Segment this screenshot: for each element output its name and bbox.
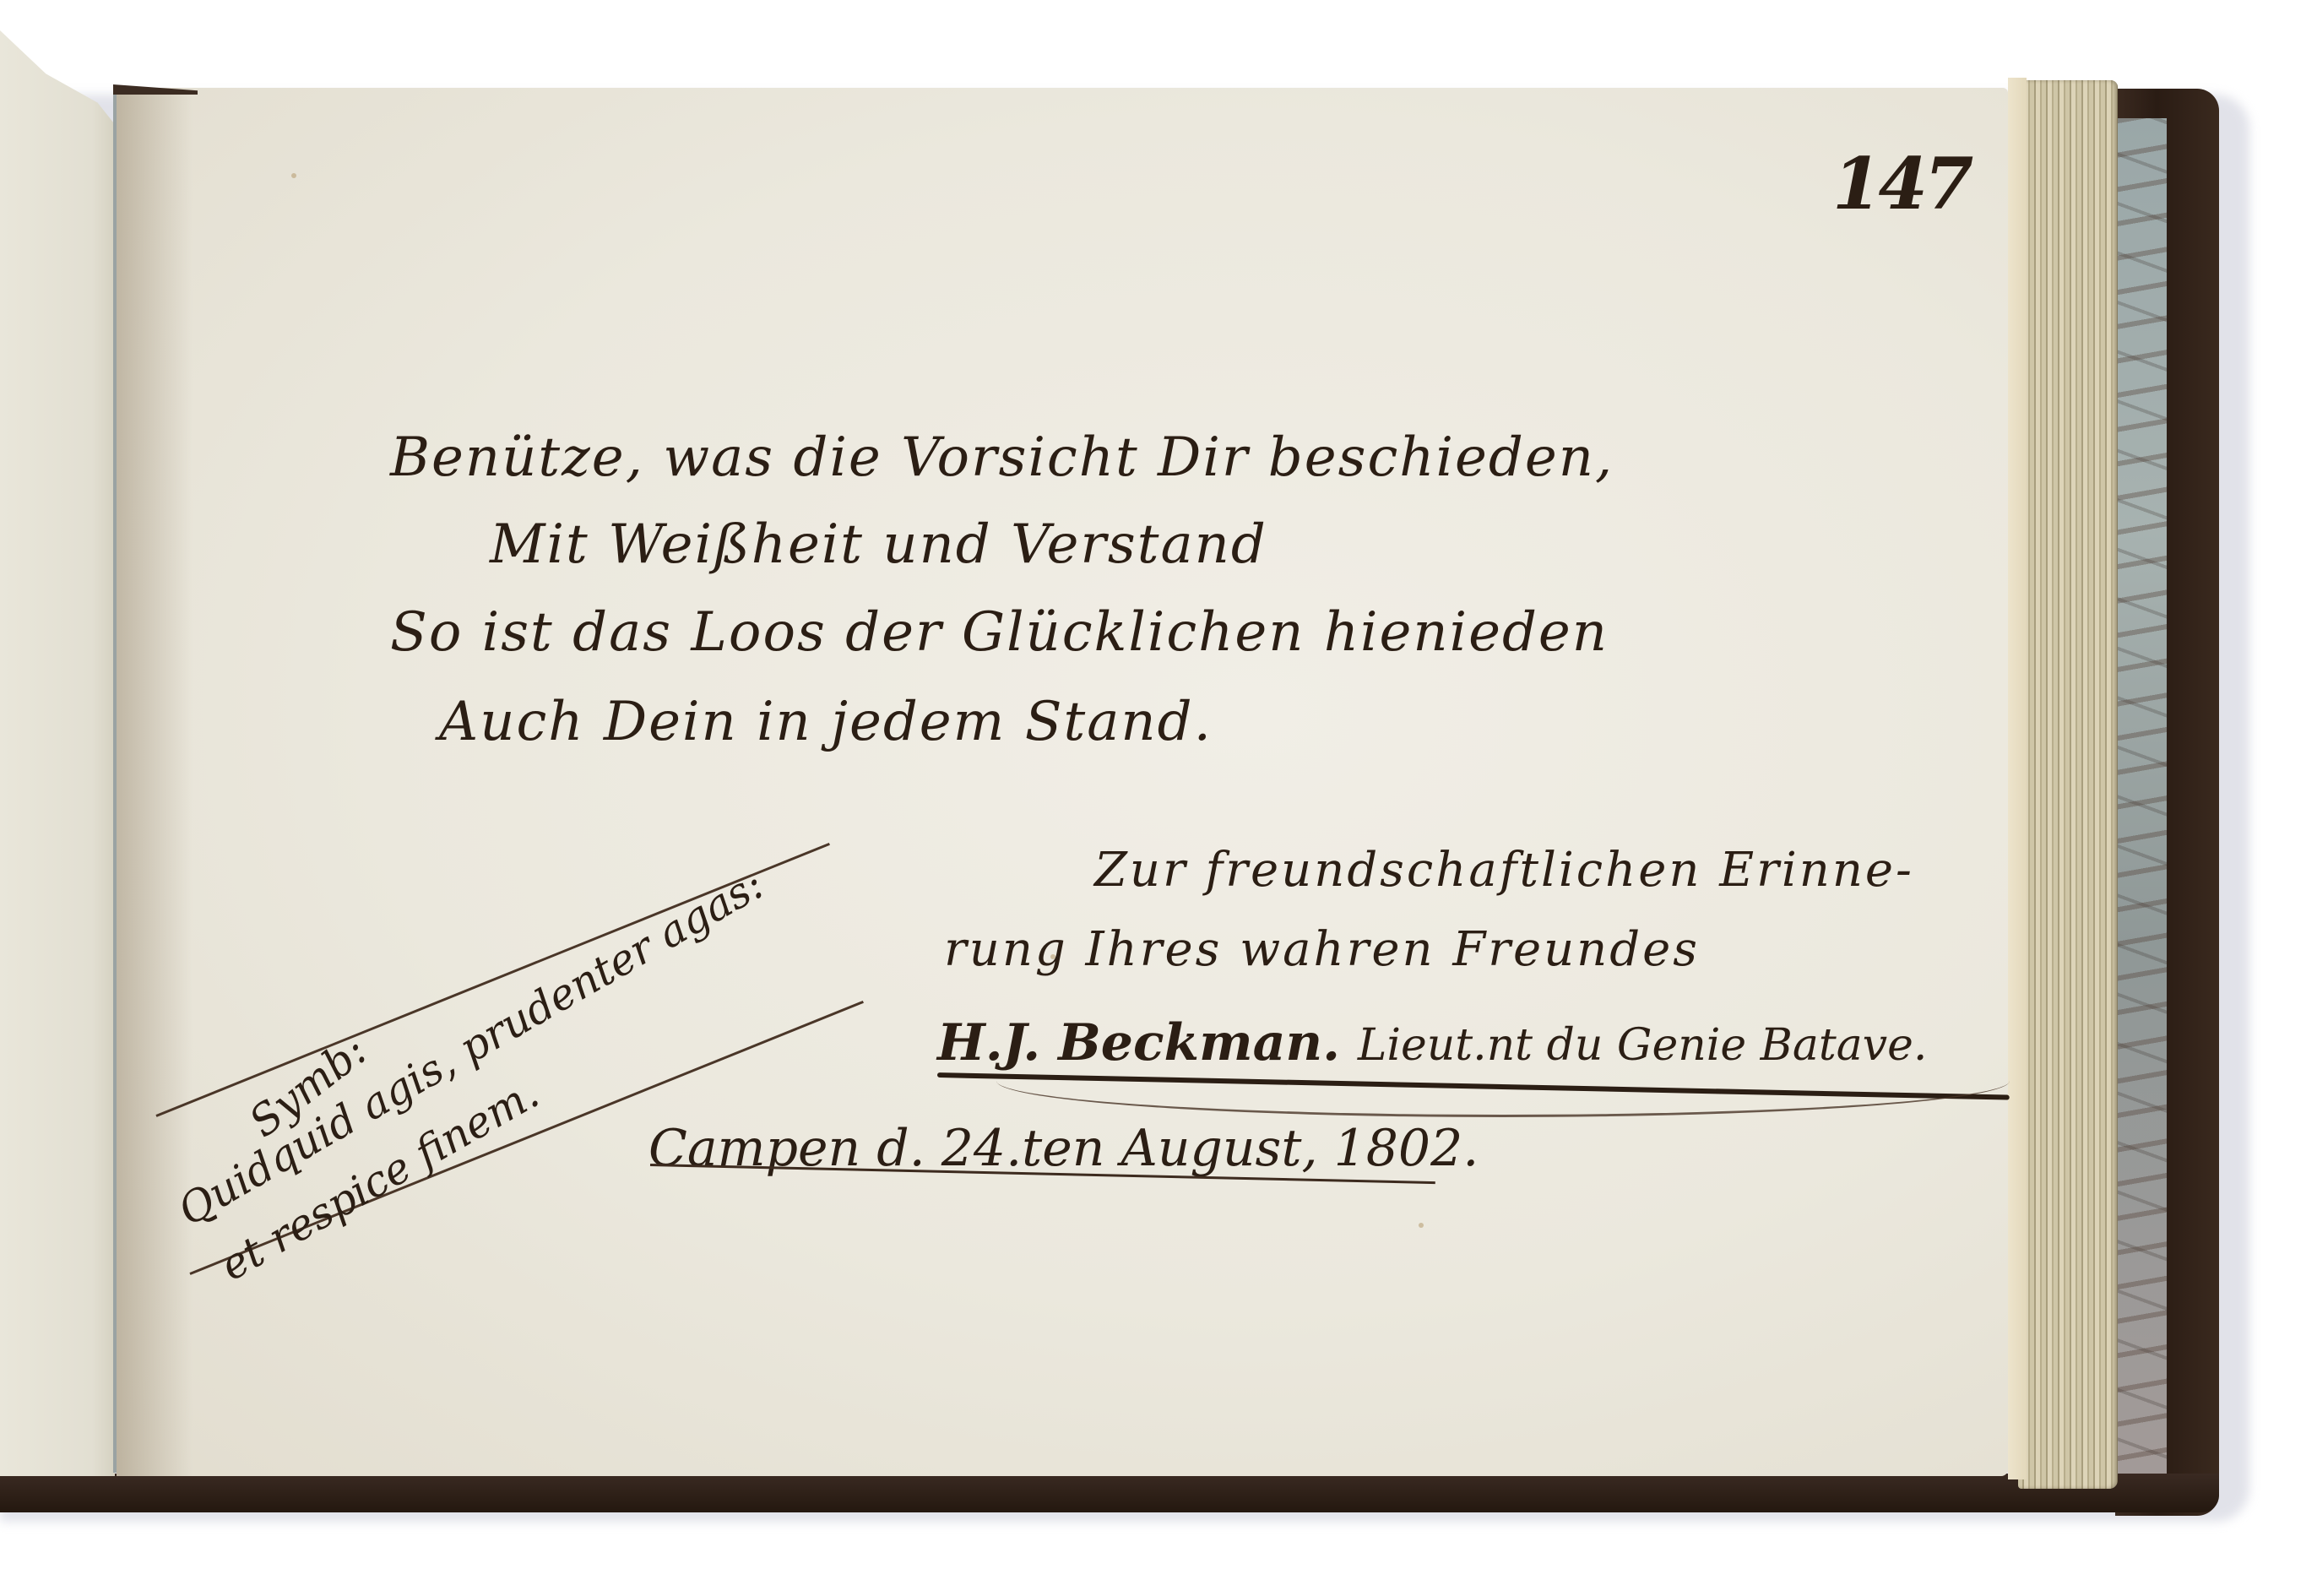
motto-line-1: Quidquid agis, prudenter agas: <box>170 860 772 1235</box>
signature-title: Lieut.nt du Genie Batave. <box>1358 1020 1928 1071</box>
page-number: 147 <box>1832 142 1970 225</box>
dedication-line-1: Zur freundschaftlichen Erinne- <box>1094 843 1914 898</box>
signature-name: H.J. Beckman. <box>937 1013 1340 1072</box>
verse-line-2: Mit Weißheit und Verstand <box>490 513 1267 576</box>
verse-line-3: So ist das Loos der Glücklichen hieniede… <box>390 601 1609 664</box>
verse-line-4: Auch Dein in jedem Stand. <box>439 691 1213 753</box>
page-edge-inner <box>2008 78 2027 1479</box>
signature: H.J. Beckman. Lieut.nt du Genie Batave. <box>937 1013 1927 1072</box>
leather-cover-bottom <box>0 1474 2219 1512</box>
dedication-line-2: rung Ihres wahren Freundes <box>944 922 1700 977</box>
place-date: Campen d. 24.ten August, 1802. <box>648 1119 1479 1178</box>
left-page-verso <box>0 30 115 1476</box>
latin-motto: Symb: Quidquid agis, prudenter agas: et … <box>144 853 903 1275</box>
foxing-spot <box>291 173 296 178</box>
verse-line-1: Benütze, was die Vorsicht Dir beschieden… <box>390 426 1614 489</box>
foxing-spot <box>1419 1223 1424 1228</box>
marbled-endpaper <box>2118 118 2167 1490</box>
page-block-fore-edge <box>2018 80 2118 1489</box>
open-album-photo: 147 Benütze, was die Vorsicht Dir beschi… <box>0 0 2317 1596</box>
